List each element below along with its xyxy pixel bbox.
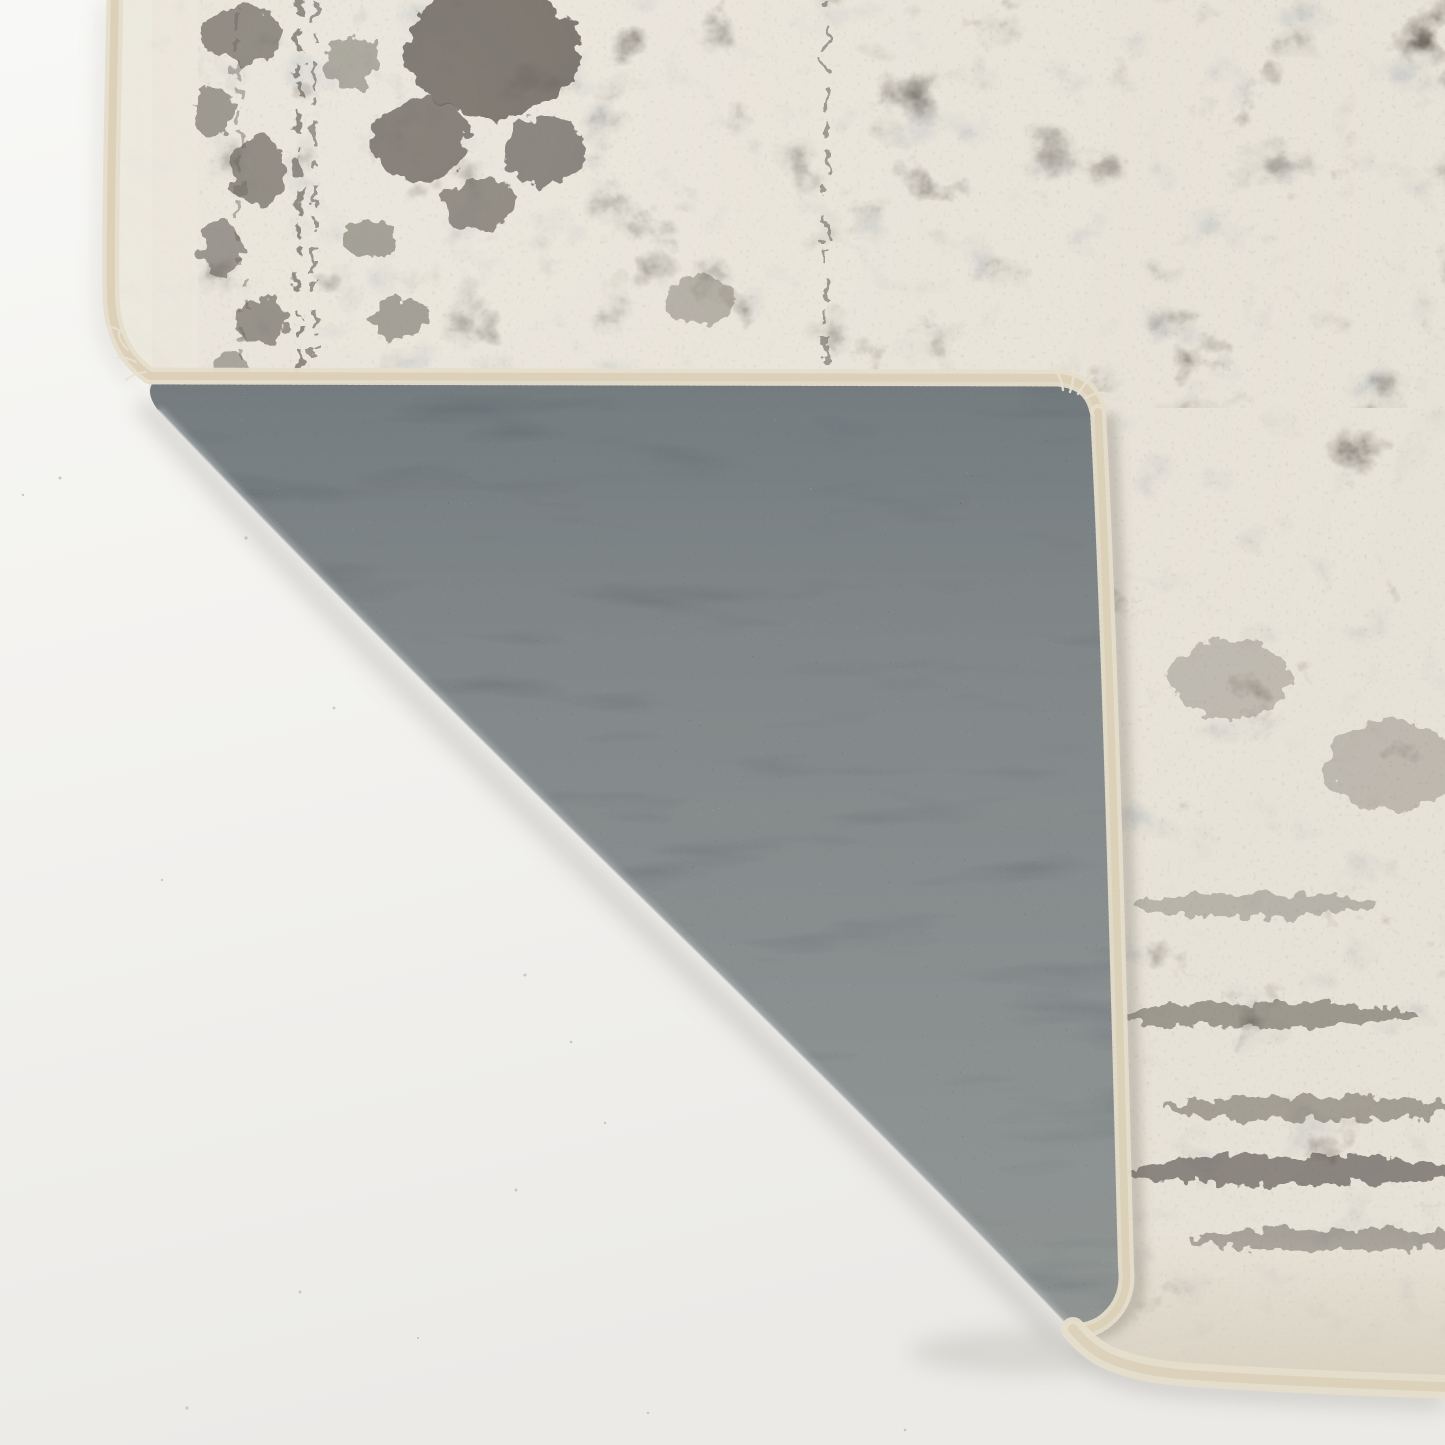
photo-stage [0, 0, 1445, 1445]
rug-photo [0, 0, 1445, 1445]
